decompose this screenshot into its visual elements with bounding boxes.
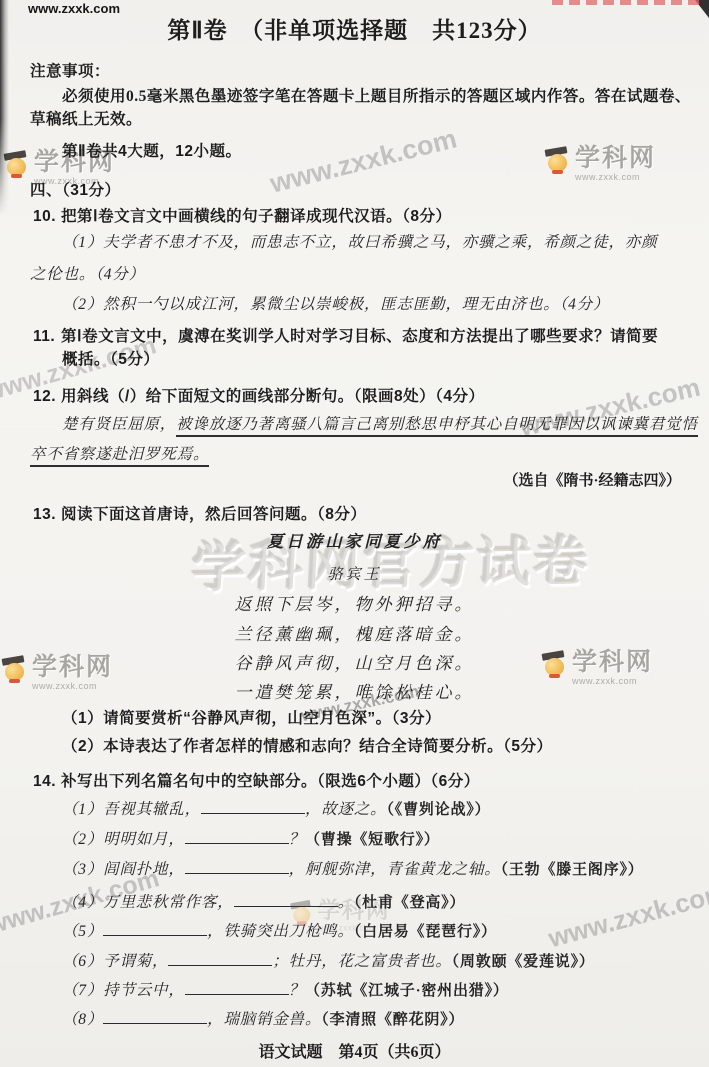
poem-line-4: 一遣樊笼累，唯馀松桂心。 <box>0 678 709 703</box>
q12-source: （选自《隋书·经籍志四》） <box>503 469 681 490</box>
poem-line-1: 返照下层岑，物外狎招寻。 <box>0 590 709 615</box>
q12-stem: 12.用斜线（/）给下面短文的画线部分断句。（限画8处）（4分） <box>33 384 485 406</box>
fill-item-8: （8），瑞脑销金兽。（李清照《醉花阴》） <box>62 1007 464 1029</box>
q13-sub1: （1）请简要赏析“谷静风声彻，山空月色深”。（3分） <box>62 706 441 728</box>
q11-number: 11. <box>33 328 61 346</box>
fill-item-1: （1）吾视其辙乱，，故逐之。（《曹刿论战》） <box>62 797 490 819</box>
fill-item-6: （6）予谓菊，；牡丹，花之富贵者也。（周敦颐《爱莲说》） <box>62 949 595 971</box>
q14-stem: 14.补写出下列名篇名句中的空缺部分。（限选6个小题）（6分） <box>33 769 480 791</box>
fill-blank-6 <box>168 952 272 966</box>
scan-header-url: www.zxxk.com <box>28 1 120 16</box>
page-footer: 语文试题 第4页（共6页） <box>0 1039 709 1062</box>
fill-item-7: （7）持节云中，？（苏轼《江城子·密州出猎》） <box>62 978 509 1000</box>
watermark-url-bottom-right: www.zxxk.com <box>545 877 709 955</box>
q13-number: 13. <box>33 506 61 524</box>
q12-underlined-segment-1: 被谗放逐乃著离骚八篇言己离别愁思申杼其心自明无罪因以讽谏冀君觉悟 <box>176 416 698 437</box>
q10-stem: 10.把第Ⅰ卷文言文中画横线的句子翻译成现代汉语。（8分） <box>33 204 451 226</box>
notice-structure: 第Ⅱ卷共4大题，12小题。 <box>62 139 242 161</box>
q12-passage-line1: 楚有贤臣屈原，被谗放逐乃著离骚八篇言己离别愁思申杼其心自明无罪因以讽谏冀君觉悟 <box>62 412 698 434</box>
fill-item-4: （4）万里悲秋常作客，。（杜甫《登高》） <box>62 890 465 912</box>
q10-item1-line1: （1）夫学者不患才不及，而患志不立，故曰希骥之马，亦骥之乘，希颜之徒，亦颜 <box>62 230 657 252</box>
section-4-heading: 四、（31分） <box>30 178 121 200</box>
notice-heading: 注意事项： <box>30 59 110 81</box>
fill-item-5: （5），铁骑突出刀枪鸣。（白居易《琵琶行》） <box>62 919 497 941</box>
fill-blank-7 <box>185 981 289 995</box>
q12-underlined-segment-2: 卒不省察遂赴汨罗死焉。 <box>30 446 209 467</box>
fill-blank-5 <box>103 922 207 936</box>
fill-item-2: （2）明明如月，？（曹操《短歌行》） <box>62 827 440 849</box>
poem-line-3: 谷静风声彻，山空月色深。 <box>0 649 709 674</box>
q11-stem-line1: 11.第Ⅰ卷文言文中，虞溥在奖训学人时对学习目标、态度和方法提出了哪些要求？请简… <box>33 324 658 346</box>
clipped-red-url-text <box>552 0 704 5</box>
fill-blank-1 <box>201 800 305 814</box>
q14-number: 14. <box>33 773 61 791</box>
zxxk-mascot-icon <box>545 146 571 176</box>
q10-number: 10. <box>33 208 61 226</box>
q10-item1-line2: 之伦也。（4分） <box>30 262 145 284</box>
poem-title: 夏日游山家同夏少府 <box>0 528 709 552</box>
fill-blank-8 <box>103 1010 207 1024</box>
watermark-logo-right-1: 学科网 www.zxxk.com <box>545 146 656 182</box>
exam-title: 第Ⅱ卷 （非单项选择题 共123分） <box>0 12 709 45</box>
zxxk-brand-url: www.zxxk.com <box>575 172 656 182</box>
zxxk-brand-text: 学科网 <box>575 146 656 171</box>
q12-number: 12. <box>33 388 61 406</box>
q12-passage-line2: 卒不省察遂赴汨罗死焉。 <box>30 442 209 464</box>
poem-author: 骆宾王 <box>0 563 709 584</box>
exam-paper-page: www.zxxk.com www.zxxk.com 学科网 www.zxxk.c… <box>0 0 709 1067</box>
poem-line-2: 兰径薰幽珮，槐庭落暗金。 <box>0 620 709 645</box>
q11-stem-line2: 概括。（5分） <box>62 347 159 369</box>
notice-line-1: 必须使用0.5毫米黑色墨迹签字笔在答题卡上题目所指示的答题区域内作答。答在试题卷… <box>62 84 691 106</box>
fill-blank-3 <box>185 860 289 874</box>
q13-stem: 13.阅读下面这首唐诗，然后回答问题。（8分） <box>33 502 366 524</box>
notice-line-2: 草稿纸上无效。 <box>30 107 142 129</box>
fill-blank-2 <box>185 830 289 844</box>
fill-blank-4 <box>234 893 338 907</box>
q10-item2: （2）然积一勺以成江河，累微尘以崇峻极，匪志匪勤，理无由济也。（4分） <box>62 292 609 314</box>
scan-edge-shadow <box>0 0 9 215</box>
fill-item-3: （3）闾阎扑地，，舸舰弥津，青雀黄龙之轴。（王勃《滕王阁序》） <box>62 857 644 879</box>
watermark-url-top-center: www.zxxk.com <box>267 123 460 199</box>
q13-sub2: （2）本诗表达了作者怎样的情感和志向？结合全诗简要分析。（5分） <box>62 734 553 756</box>
